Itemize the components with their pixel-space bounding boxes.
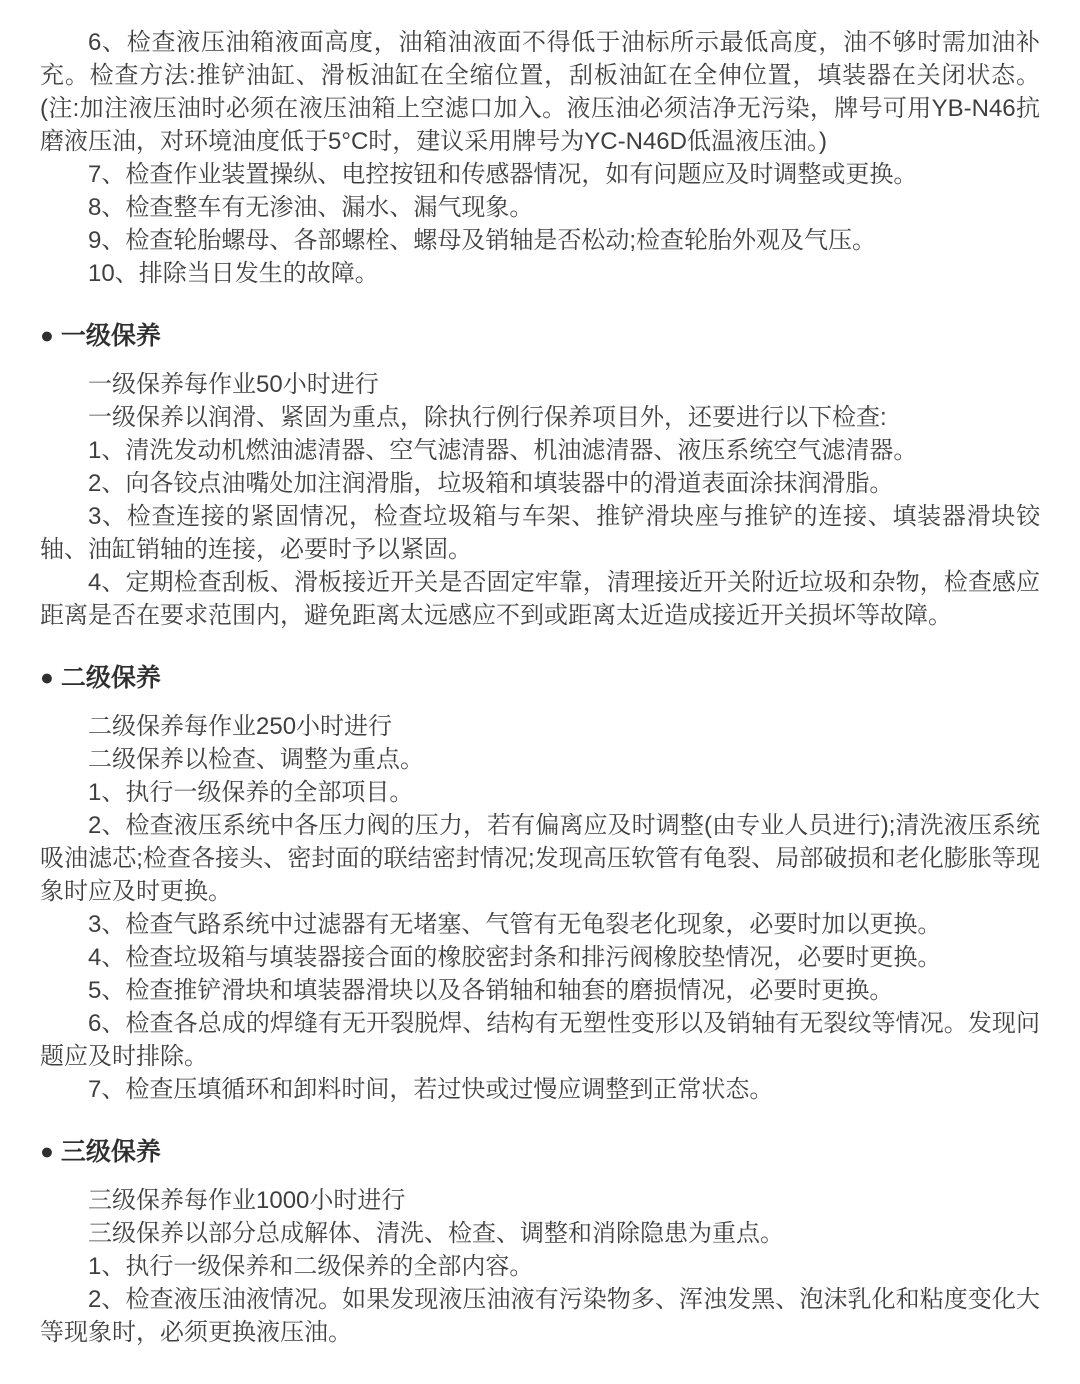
paragraph: 三级保养每作业1000小时进行 xyxy=(40,1184,1040,1217)
section-title: 一级保养 xyxy=(61,322,161,350)
paragraph: 1、清洗发动机燃油滤清器、空气滤清器、机油滤清器、液压系统空气滤清器。 xyxy=(40,434,1040,467)
section-heading-level3-maintenance: ●三级保养 xyxy=(40,1134,1040,1170)
paragraph: 1、执行一级保养和二级保养的全部内容。 xyxy=(40,1250,1040,1283)
paragraph: 4、定期检查刮板、滑板接近开关是否固定牢靠，清理接近开关附近垃圾和杂物，检查感应… xyxy=(40,566,1040,632)
bullet-icon: ● xyxy=(40,317,54,353)
paragraph: 6、检查液压油箱液面高度，油箱油液面不得低于油标所示最低高度，油不够时需加油补充… xyxy=(40,26,1040,158)
paragraph: 2、检查液压系统中各压力阀的压力，若有偏离应及时调整(由专业人员进行);清洗液压… xyxy=(40,809,1040,908)
section-heading-level1-maintenance: ●一级保养 xyxy=(40,318,1040,354)
paragraph: 三级保养以部分总成解体、清洗、检查、调整和消除隐患为重点。 xyxy=(40,1217,1040,1250)
bullet-icon: ● xyxy=(40,1133,54,1169)
paragraph: 6、检查各总成的焊缝有无开裂脱焊、结构有无塑性变形以及销轴有无裂纹等情况。发现问… xyxy=(40,1007,1040,1073)
paragraph: 3、检查气路系统中过滤器有无堵塞、气管有无龟裂老化现象，必要时加以更换。 xyxy=(40,908,1040,941)
document-page: 6、检查液压油箱液面高度，油箱油液面不得低于油标所示最低高度，油不够时需加油补充… xyxy=(0,0,1080,1384)
paragraph: 1、执行一级保养的全部项目。 xyxy=(40,776,1040,809)
section-heading-level2-maintenance: ●二级保养 xyxy=(40,660,1040,696)
paragraph: 7、检查作业装置操纵、电控按钮和传感器情况，如有问题应及时调整或更换。 xyxy=(40,158,1040,191)
section-title: 二级保养 xyxy=(61,664,161,692)
paragraph: 5、检查推铲滑块和填装器滑块以及各销轴和轴套的磨损情况，必要时更换。 xyxy=(40,974,1040,1007)
paragraph: 2、检查液压油液情况。如果发现液压油液有污染物多、浑浊发黑、泡沫乳化和粘度变化大… xyxy=(40,1283,1040,1349)
paragraph: 2、向各铰点油嘴处加注润滑脂，垃圾箱和填装器中的滑道表面涂抹润滑脂。 xyxy=(40,467,1040,500)
paragraph: 二级保养以检查、调整为重点。 xyxy=(40,743,1040,776)
paragraph: 3、检查连接的紧固情况，检查垃圾箱与车架、推铲滑块座与推铲的连接、填装器滑块铰轴… xyxy=(40,500,1040,566)
paragraph: 7、检查压填循环和卸料时间，若过快或过慢应调整到正常状态。 xyxy=(40,1073,1040,1106)
bullet-icon: ● xyxy=(40,659,54,695)
paragraph: 10、排除当日发生的故障。 xyxy=(40,257,1040,290)
paragraph: 9、检查轮胎螺母、各部螺栓、螺母及销轴是否松动;检查轮胎外观及气压。 xyxy=(40,224,1040,257)
paragraph: 一级保养每作业50小时进行 xyxy=(40,368,1040,401)
paragraph: 4、检查垃圾箱与填装器接合面的橡胶密封条和排污阀橡胶垫情况，必要时更换。 xyxy=(40,941,1040,974)
paragraph: 8、检查整车有无渗油、漏水、漏气现象。 xyxy=(40,191,1040,224)
paragraph: 二级保养每作业250小时进行 xyxy=(40,710,1040,743)
section-title: 三级保养 xyxy=(61,1138,161,1166)
paragraph: 一级保养以润滑、紧固为重点，除执行例行保养项目外，还要进行以下检查: xyxy=(40,401,1040,434)
